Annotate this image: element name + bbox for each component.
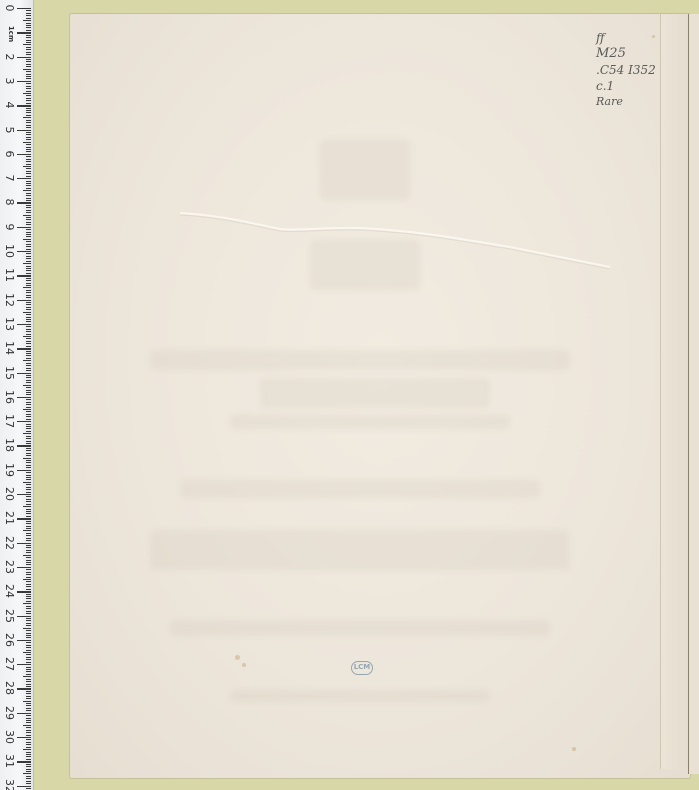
ruler-tick [26,319,31,320]
ruler-tick [26,375,31,376]
ruler-tick [17,567,31,568]
ruler-tick [26,54,31,55]
ruler-tick [23,506,31,507]
ruler-tick [26,662,31,663]
ruler-tick [26,207,31,208]
ruler-tick [26,487,31,488]
ruler-tick [23,676,31,677]
ruler-tick [26,309,31,310]
ruler-tick [26,314,31,315]
ruler-number: 2 [3,50,15,64]
ruler-tick [26,586,31,587]
ruler-tick [26,338,31,339]
ruler-tick [26,100,31,101]
ruler-tick [23,93,31,94]
ruler-tick [26,562,31,563]
ruler-tick [26,540,31,541]
ruler-tick [17,543,31,544]
ruler-unit-label: 1cm [7,26,15,42]
ruler-tick [26,630,31,631]
ruler-tick [26,754,31,755]
ruler-tick [23,701,31,702]
ruler-tick [26,25,31,26]
ruler-tick [26,198,31,199]
ruler-tick [26,756,31,757]
ruler-tick [26,64,31,65]
ruler-tick [26,18,31,19]
ruler-tick [17,761,31,762]
ruler-tick [26,404,31,405]
ruler-tick [23,44,31,45]
ruler-tick [17,178,31,179]
ruler-tick [26,547,31,548]
ruler-tick [26,727,31,728]
ruler-tick [26,601,31,602]
ruler-tick [23,312,31,313]
ruler-tick [26,513,31,514]
ruler-tick [26,210,31,211]
ruler-number: 12 [3,293,15,307]
ruler-number: 15 [3,366,15,380]
ruler-tick [26,297,31,298]
ruler-tick [23,773,31,774]
ruler-tick [17,494,31,495]
foxing-spot [242,663,246,667]
ruler-tick [23,190,31,191]
ruler-tick [26,304,31,305]
call-number-line: .C54 I352 [596,62,676,78]
ruler-tick [26,501,31,502]
ruler-tick [26,37,31,38]
ruler-tick [17,737,31,738]
ruler-tick [26,764,31,765]
ruler-tick [26,598,31,599]
ruler-tick [26,521,31,522]
ruler-tick [23,263,31,264]
ruler-tick [26,589,31,590]
ruler-tick [17,324,31,325]
ruler-tick [26,492,31,493]
ruler-tick [26,193,31,194]
ruler-tick [26,241,31,242]
ruler-tick [26,280,31,281]
ruler-tick [26,477,31,478]
ruler-tick [17,348,31,349]
ruler-tick [26,115,31,116]
ruler-tick [26,533,31,534]
ruler-tick [26,416,31,417]
ruler-tick [26,76,31,77]
ruler-tick [26,120,31,121]
ruler-tick [26,256,31,257]
ruler-tick [26,560,31,561]
ruler-tick [26,667,31,668]
ruler-tick [23,555,31,556]
ruler-number: 28 [3,681,15,695]
ruler-tick [26,290,31,291]
ruler-tick [23,385,31,386]
ruler-tick [26,147,31,148]
ruler-tick [26,234,31,235]
bleed-through-text-block [180,480,540,498]
ruler-tick [26,355,31,356]
ruler-tick [26,334,31,335]
ruler-tick [26,195,31,196]
ruler-tick [26,657,31,658]
ruler-tick [26,98,31,99]
ruler-tick [26,394,31,395]
ruler-tick [26,103,31,104]
bleed-through-title [150,350,570,370]
ruler-tick [26,462,31,463]
ruler-tick [26,47,31,48]
ruler-tick [26,752,31,753]
ruler-tick [26,611,31,612]
ruler-tick [26,708,31,709]
ruler-tick [26,15,31,16]
bleed-through-subtitle [230,415,510,429]
ruler-tick [26,285,31,286]
ruler-tick [26,596,31,597]
ruler-tick [17,8,31,9]
ruler-tick [26,249,31,250]
ruler-tick [26,747,31,748]
ruler-number: 27 [3,657,15,671]
ruler-tick [26,650,31,651]
ruler-tick [26,732,31,733]
ruler-tick [17,81,31,82]
ruler-tick [26,61,31,62]
ruler-tick [17,786,31,787]
ruler-tick [26,564,31,565]
ruler-tick [26,511,31,512]
ruler-tick [26,134,31,135]
ruler-tick [26,703,31,704]
ruler-tick [26,368,31,369]
ruler-tick [26,176,31,177]
ruler-tick [26,377,31,378]
ruler-tick [26,584,31,585]
ruler-tick [26,173,31,174]
ruler-tick [26,693,31,694]
ruler-tick [17,397,31,398]
ruler-tick [26,552,31,553]
ruler-tick [26,523,31,524]
ruler-number: 26 [3,633,15,647]
ruler-number: 9 [3,220,15,234]
ruler-tick [26,465,31,466]
ruler-tick [26,472,31,473]
ruler-tick [26,698,31,699]
ruler-tick [26,13,31,14]
ruler-number: 11 [3,268,15,282]
ruler-tick [26,382,31,383]
ruler-tick [26,212,31,213]
ruler-tick [26,108,31,109]
ruler-tick [23,458,31,459]
ruler-tick [26,122,31,123]
ruler-tick [26,353,31,354]
ruler-tick [26,139,31,140]
ruler-tick [26,455,31,456]
ruler-tick [26,224,31,225]
ruler-tick [23,360,31,361]
ruler-tick [26,436,31,437]
ruler-tick [26,776,31,777]
ruler-tick [26,270,31,271]
ruler-tick [26,618,31,619]
ruler-number: 4 [3,98,15,112]
ruler-tick [26,720,31,721]
ruler-tick [26,27,31,28]
ruler-number: 31 [3,754,15,768]
ruler-tick [26,392,31,393]
ruler-tick [17,664,31,665]
ruler-number: 20 [3,487,15,501]
ruler-tick [23,215,31,216]
ruler-tick [26,496,31,497]
ruler-tick [26,343,31,344]
ruler-tick [23,433,31,434]
ruler-tick [26,574,31,575]
ruler-tick [23,652,31,653]
ruler-tick [23,579,31,580]
ruler-tick [26,171,31,172]
ruler-tick [26,783,31,784]
ruler-tick [26,715,31,716]
ruler-tick [26,453,31,454]
ruler-tick [26,788,31,789]
ruler-tick [26,769,31,770]
ruler-tick [26,572,31,573]
call-number-line: Rare [596,94,676,110]
ruler-number: 3 [3,74,15,88]
ruler-tick [26,419,31,420]
ruler-tick [23,69,31,70]
ruler-tick [23,117,31,118]
ruler-tick [26,253,31,254]
ruler-number: 21 [3,511,15,525]
foxing-spot [235,655,240,660]
ruler-tick [26,42,31,43]
ruler-tick [26,642,31,643]
ruler-number: 19 [3,463,15,477]
bleed-through-footer [230,690,490,702]
ruler-tick [26,645,31,646]
ruler-number: 14 [3,341,15,355]
ruler-tick [26,569,31,570]
ruler-tick [26,411,31,412]
ruler-tick [26,185,31,186]
ruler-tick [26,557,31,558]
ruler-tick [26,390,31,391]
ruler-number: 25 [3,609,15,623]
ruler-tick [26,509,31,510]
ruler-tick [26,426,31,427]
ruler-tick [26,137,31,138]
ruler-tick [26,679,31,680]
ruler-tick [26,681,31,682]
ruler-tick [26,735,31,736]
ruler-tick [26,292,31,293]
ruler-tick [26,535,31,536]
ruler-tick [26,538,31,539]
ruler-tick [26,112,31,113]
ruler-tick [26,399,31,400]
ruler-tick [17,518,31,519]
ruler-tick [26,217,31,218]
ruler-tick [23,749,31,750]
ruler-tick [26,633,31,634]
ruler-tick [26,550,31,551]
ruler-tick [26,127,31,128]
ruler-tick [26,623,31,624]
ruler-tick [26,110,31,111]
ruler-tick [26,363,31,364]
ruler-tick [17,591,31,592]
ruler-number: 29 [3,706,15,720]
ruler-tick [17,300,31,301]
ruler-tick [26,674,31,675]
ruler-number: 8 [3,195,15,209]
ruler-tick [26,448,31,449]
ruler-tick [17,275,31,276]
ruler-tick [26,489,31,490]
ruler-tick [23,628,31,629]
ruler-tick [26,341,31,342]
ruler-tick [17,251,31,252]
ruler-tick [26,86,31,87]
ruler-number: 24 [3,584,15,598]
ruler-tick [26,581,31,582]
ruler-number: 7 [3,171,15,185]
ruler-tick [26,407,31,408]
ruler-tick [26,647,31,648]
ruler-tick [17,713,31,714]
ruler-tick [17,202,31,203]
ruler-number: 23 [3,560,15,574]
ruler-tick [17,640,31,641]
ruler-tick [26,52,31,53]
ruler-tick [26,577,31,578]
ruler-tick [26,219,31,220]
scanned-page: 1cm 023456789101112131415161718192021222… [0,0,699,790]
ruler-number: 6 [3,147,15,161]
ruler-tick [26,10,31,11]
ruler-tick [26,159,31,160]
measurement-ruler: 1cm 023456789101112131415161718192021222… [0,0,34,790]
ruler-tick [26,295,31,296]
ruler-tick [26,414,31,415]
ruler-tick [26,144,31,145]
ruler-tick [26,307,31,308]
ruler-tick [26,608,31,609]
ruler-tick [26,268,31,269]
ruler-tick [26,125,31,126]
ruler-tick [26,402,31,403]
ruler-tick [26,183,31,184]
ruler-tick [17,227,31,228]
ruler-tick [26,331,31,332]
ruler-tick [26,200,31,201]
ruler-tick [26,181,31,182]
ruler-tick [26,659,31,660]
ruler-tick [26,258,31,259]
ruler-tick [26,484,31,485]
ruler-tick [26,317,31,318]
call-number-line: ff [596,30,676,46]
ruler-tick [26,273,31,274]
ruler-tick [26,545,31,546]
ruler-tick [23,20,31,21]
ruler-tick [23,530,31,531]
ruler-number: 22 [3,536,15,550]
ruler-tick [26,236,31,237]
ruler-tick [26,625,31,626]
ruler-number: 18 [3,438,15,452]
ruler-tick [26,346,31,347]
ruler-tick [17,470,31,471]
bleed-through-publisher [170,620,550,636]
ruler-number: 13 [3,317,15,331]
bleed-through-vignette [310,240,420,290]
ruler-tick [23,287,31,288]
ruler-tick [23,409,31,410]
ruler-tick [26,66,31,67]
ruler-tick [26,475,31,476]
ruler-tick [26,266,31,267]
ruler-tick [26,613,31,614]
ruler-number: 16 [3,390,15,404]
ruler-tick [26,431,31,432]
ruler-tick [23,166,31,167]
ruler-tick [17,421,31,422]
ruler-tick [26,460,31,461]
ruler-tick [26,424,31,425]
ruler-tick [26,365,31,366]
ruler-number: 10 [3,244,15,258]
ruler-tick [26,229,31,230]
ruler-tick [26,49,31,50]
ruler-tick [23,725,31,726]
ruler-tick [26,654,31,655]
library-stamp: LCM [351,661,373,675]
ruler-tick [26,380,31,381]
ruler-tick [26,283,31,284]
ruler-tick [26,739,31,740]
ruler-tick [26,443,31,444]
paper-edge-fold [660,14,690,769]
ruler-tick [26,528,31,529]
ruler-tick [26,705,31,706]
ruler-tick [26,278,31,279]
ruler-tick [26,438,31,439]
ruler-tick [26,23,31,24]
ruler-number: 17 [3,414,15,428]
call-number-line: M25 [596,46,676,62]
ruler-tick [26,156,31,157]
ruler-tick [23,239,31,240]
ruler-tick [17,130,31,131]
ruler-tick [17,105,31,106]
ruler-tick [17,688,31,689]
bleed-through-title-2 [260,378,490,408]
ruler-tick [26,606,31,607]
ruler-tick [26,620,31,621]
handwritten-call-number: ff M25 .C54 I352 c.1 Rare [596,30,676,110]
ruler-tick [26,387,31,388]
ruler-tick [26,244,31,245]
